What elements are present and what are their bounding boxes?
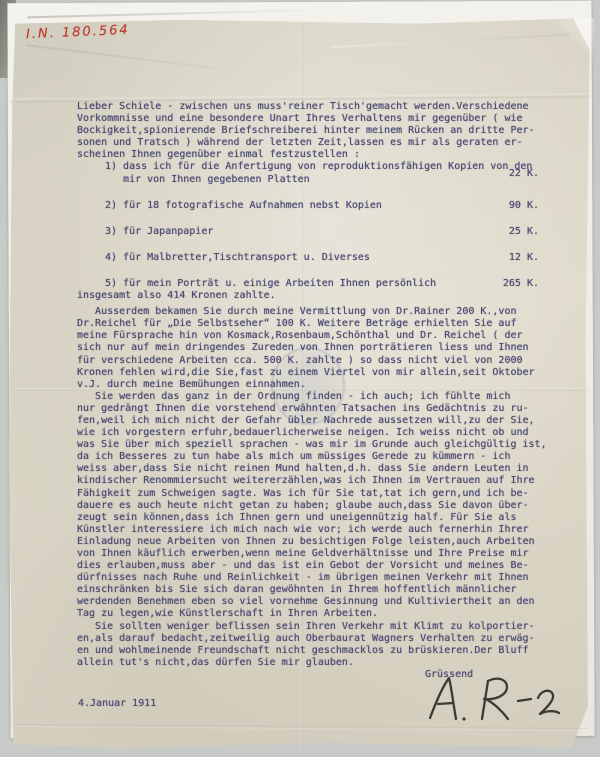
signature-drawing: [418, 672, 578, 730]
cost-item-price: 22 K.: [509, 168, 539, 180]
cost-item-4: 4) für Malbretter,Tischtransport u. Dive…: [77, 252, 539, 264]
signature-handwriting: [418, 672, 578, 730]
cost-item-label: 4) für Malbretter,Tischtransport u. Dive…: [105, 252, 539, 264]
cost-item-5: 5) für mein Porträt u. einige Arbeiten I…: [77, 278, 539, 290]
cost-item-price: 12 K.: [509, 252, 539, 264]
cost-item-price: 25 K.: [509, 226, 539, 238]
cost-item-1: 1) dass ich für die Anfertigung von repr…: [77, 161, 539, 185]
paragraph-klimt-warning: Sie sollten weniger beflissen sein Ihren…: [77, 621, 539, 669]
cost-item-3: 3) für Japanpapier 25 K.: [77, 226, 539, 238]
cost-item-price: 90 K.: [509, 200, 539, 212]
cost-item-label: 2) für 18 fotografische Aufnahmen nebst …: [105, 200, 539, 212]
paragraph-salutation: Lieber Schiele - zwischen uns muss'reine…: [77, 101, 539, 161]
letter-date: 4.Januar 1911: [78, 698, 156, 709]
paragraph-payments: Ausserdem bekamen Sie durch meine Vermit…: [77, 306, 539, 391]
cost-item-2: 2) für 18 fotografische Aufnahmen nebst …: [77, 200, 539, 212]
cost-list: 1) dass ich für die Anfertigung von repr…: [77, 161, 539, 290]
cost-item-price: 265 K.: [503, 278, 539, 290]
total-line: insgesamt also 414 Kronen zahlte.: [77, 290, 539, 302]
backing-sheet-crease: [27, 9, 327, 19]
cost-item-label: 1) dass ich für die Anfertigung von repr…: [105, 161, 539, 185]
paragraph-reproach: Sie werden das ganz in der Ordnung finde…: [77, 391, 539, 621]
scanned-letter-photo: I.N. 180.564 Lieber Schiele - zwischen u…: [0, 0, 600, 757]
cost-item-label: 5) für mein Porträt u. einige Arbeiten I…: [105, 278, 539, 290]
letter-body: Lieber Schiele - zwischen uns muss'reine…: [77, 101, 539, 681]
cost-item-label: 3) für Japanpapier: [105, 226, 539, 238]
